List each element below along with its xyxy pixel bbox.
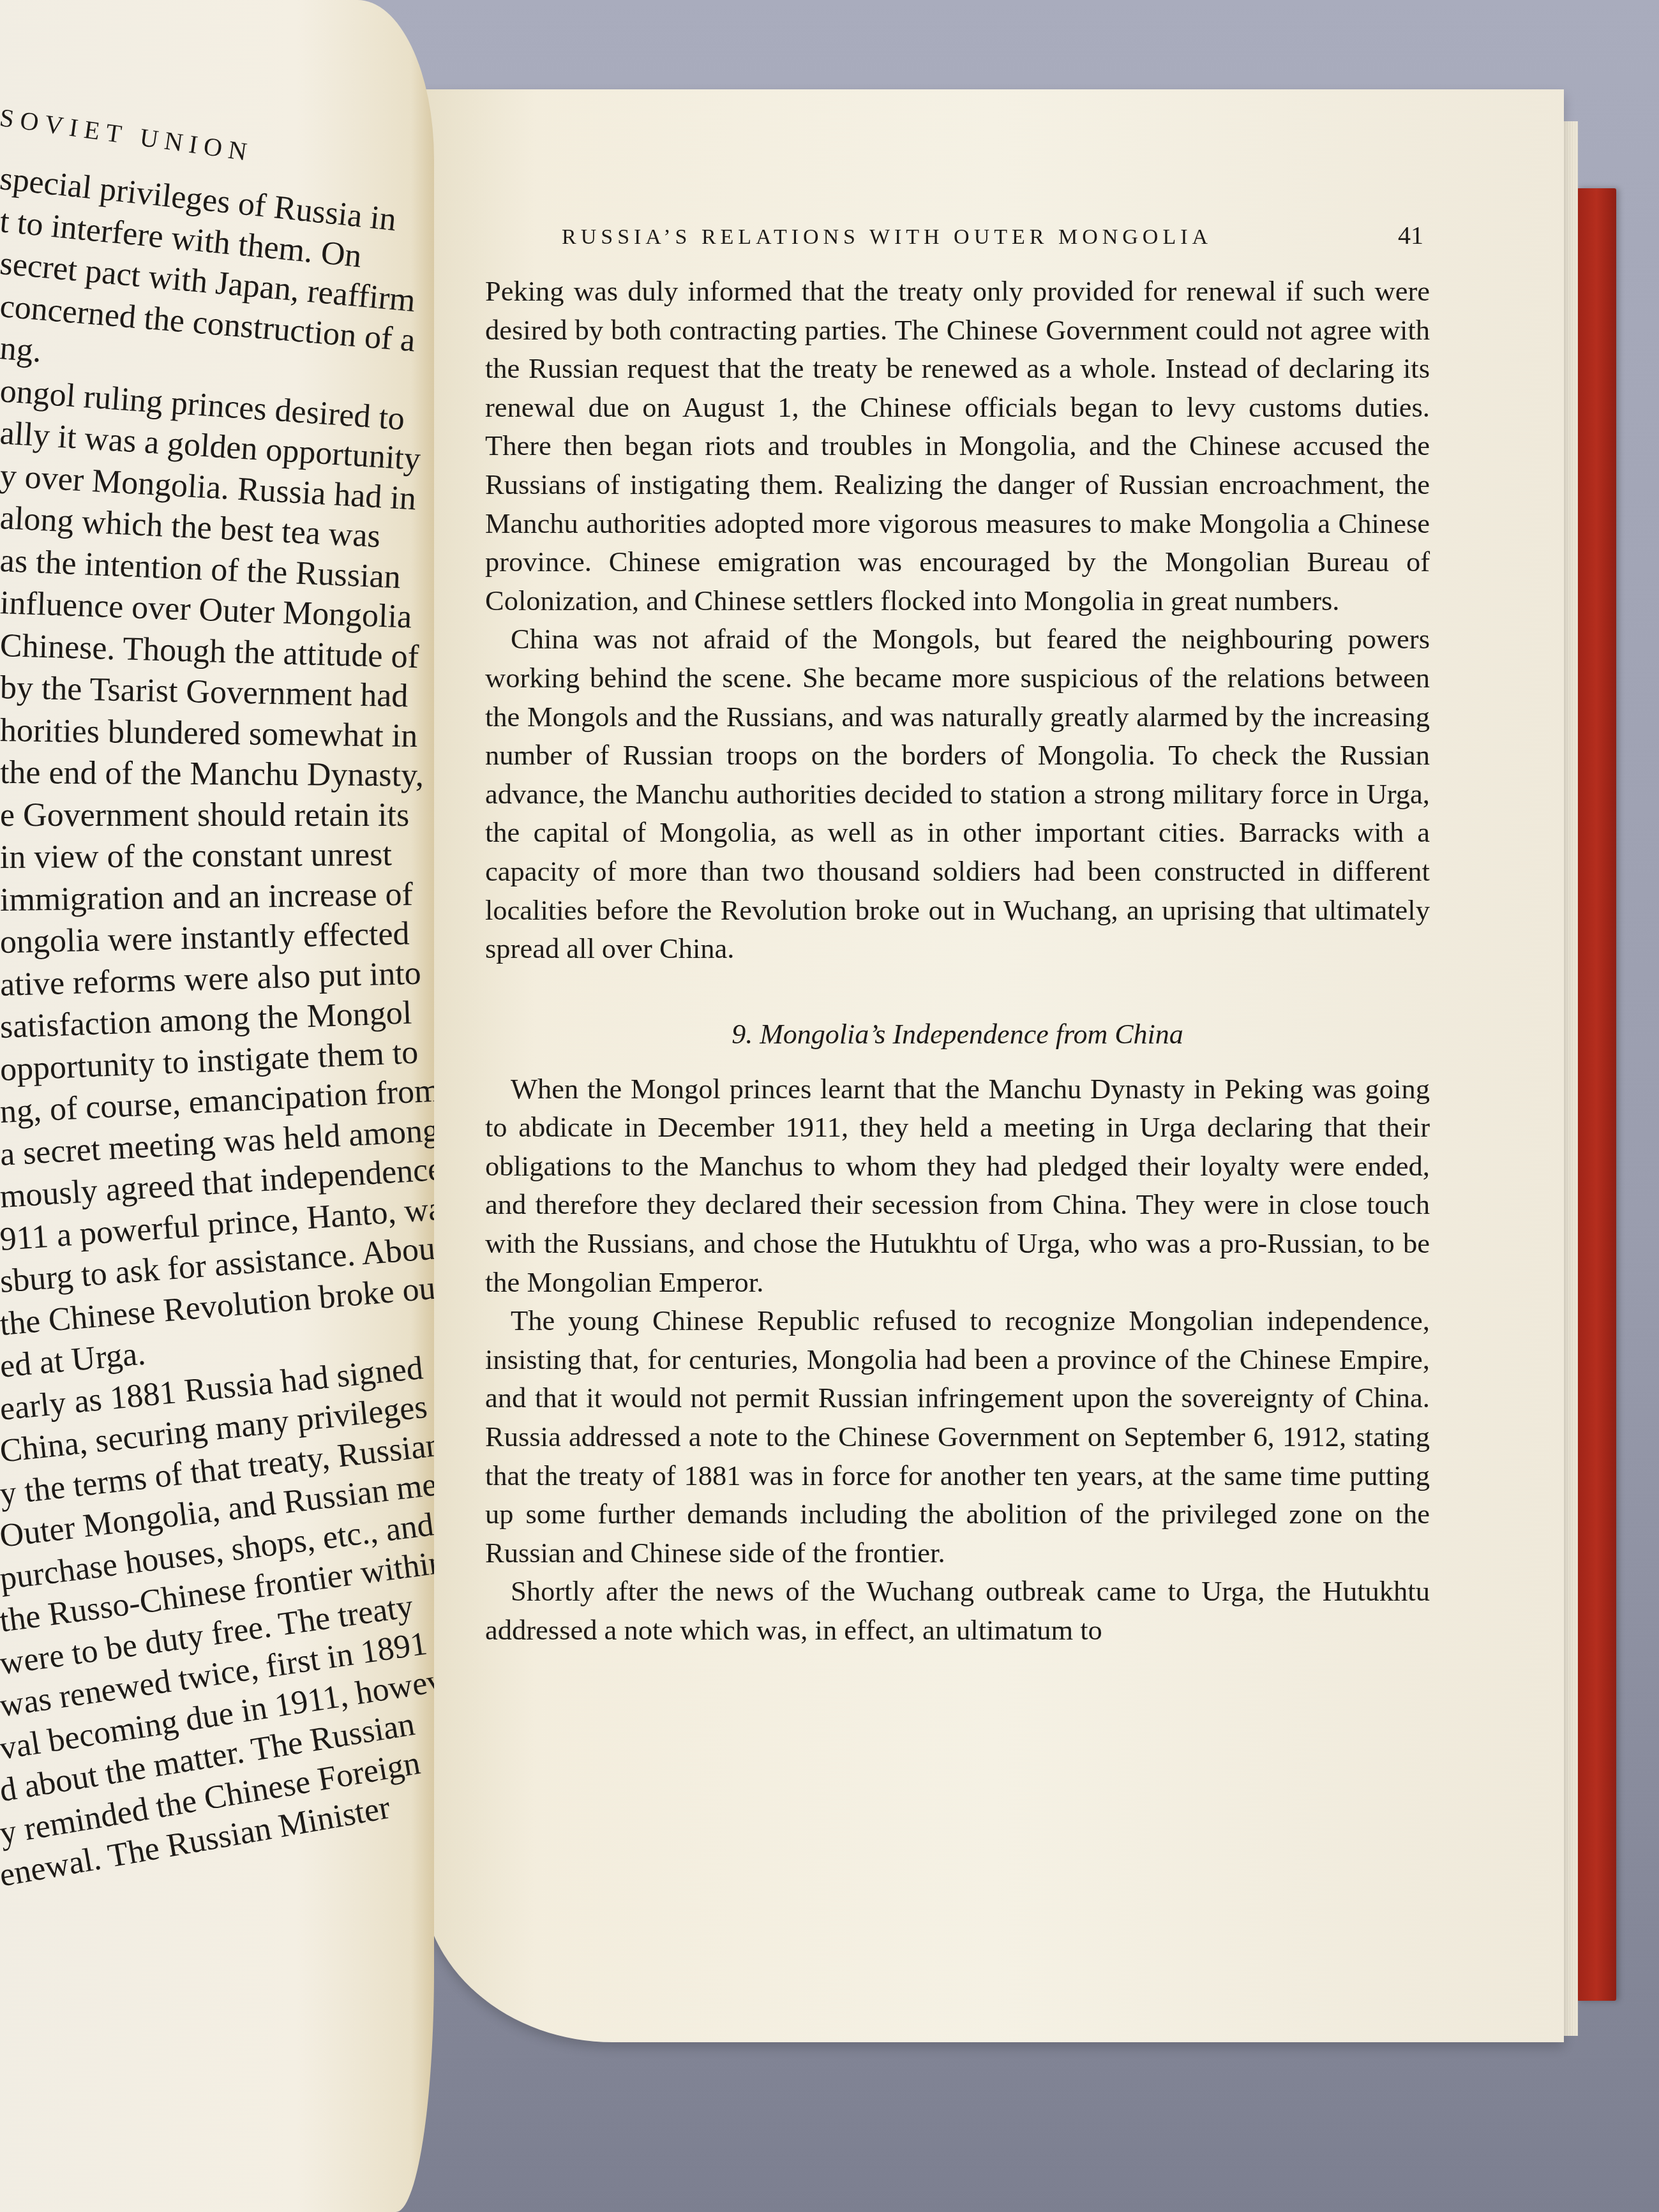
paragraph: When the Mongol princes learnt that the … — [485, 1070, 1430, 1302]
paragraph: Shortly after the news of the Wuchang ou… — [485, 1572, 1430, 1649]
paragraph: Peking was duly informed that the treaty… — [485, 272, 1430, 620]
paragraph: China was not afraid of the Mongols, but… — [485, 620, 1430, 968]
right-page: RUSSIA’S RELATIONS WITH OUTER MONGOLIA 4… — [421, 89, 1564, 2042]
section-heading: 9. Mongolia’s Independence from China — [485, 1018, 1430, 1050]
left-page-line: e Government should retain its — [0, 795, 434, 837]
left-page-text-block: SOVIET UNION special privileges of Russi… — [0, 102, 434, 1898]
red-hardcover — [1577, 188, 1616, 2001]
running-head-title: RUSSIA’S RELATIONS WITH OUTER MONGOLIA — [562, 225, 1212, 250]
left-page-line: in view of the constant unrest — [0, 833, 434, 879]
left-page-line: the end of the Manchu Dynasty, — [0, 752, 434, 797]
book-photo: RUSSIA’S RELATIONS WITH OUTER MONGOLIA 4… — [0, 0, 1659, 2212]
running-head: RUSSIA’S RELATIONS WITH OUTER MONGOLIA 4… — [485, 220, 1430, 250]
left-page-lines: special privileges of Russia int to inte… — [0, 158, 434, 1898]
page-number: 41 — [1398, 220, 1423, 250]
paragraph: The young Chinese Republic refused to re… — [485, 1301, 1430, 1572]
right-page-text-block: RUSSIA’S RELATIONS WITH OUTER MONGOLIA 4… — [485, 220, 1430, 1650]
left-page: SOVIET UNION special privileges of Russi… — [0, 0, 434, 2212]
left-page-line: horities blundered somewhat in — [0, 710, 434, 758]
